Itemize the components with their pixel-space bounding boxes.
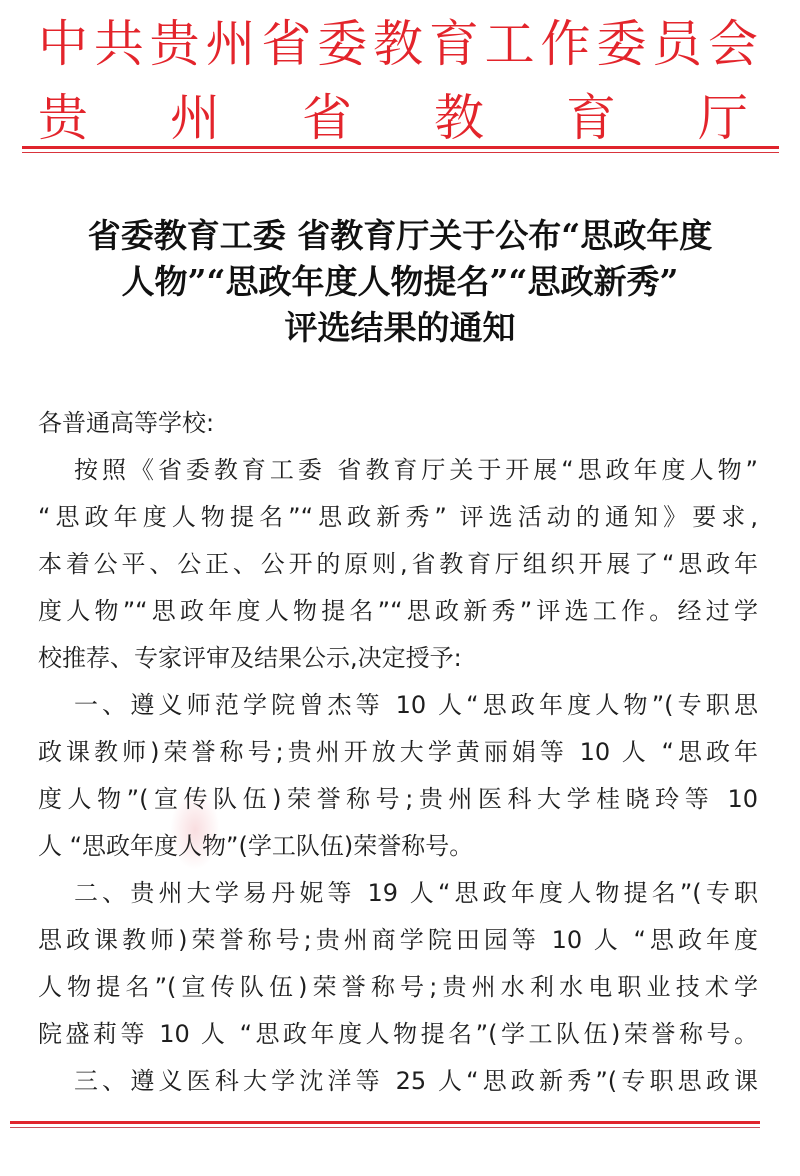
- footer-red-rule-thin: [10, 1127, 760, 1128]
- body-line: “思政年度人物提名”“思政新秀” 评选活动的通知》要求,: [38, 494, 758, 541]
- header-red-rule-thin: [22, 152, 779, 153]
- org-char: 厅: [698, 88, 748, 148]
- issuing-org-line-1: 中共贵州省委教育工作委员会: [38, 14, 758, 74]
- title-line: 评选结果的通知: [40, 305, 760, 351]
- org-char: 贵: [38, 88, 88, 148]
- body-line: 三、遵义医科大学沈洋等 25 人“思政新秀”(专职思政课: [38, 1058, 758, 1105]
- body-line: 院盛莉等 10 人 “思政年度人物提名”(学工队伍)荣誉称号。: [38, 1011, 758, 1058]
- body-line: 思政课教师)荣誉称号;贵州商学院田园等 10 人 “思政年度: [38, 917, 758, 964]
- title-line: 省委教育工委 省教育厅关于公布“思政年度: [40, 213, 760, 259]
- issuing-org-line-2: 贵 州 省 教 育 厅: [38, 88, 748, 148]
- body-line: 政课教师)荣誉称号;贵州开放大学黄丽娟等 10 人 “思政年: [38, 729, 758, 776]
- body-line: 校推荐、专家评审及结果公示,决定授予:: [38, 635, 758, 682]
- body-line: 人 “思政年度人物”(学工队伍)荣誉称号。: [38, 823, 758, 870]
- footer-red-rule-thick: [10, 1121, 760, 1124]
- org-char: 州: [170, 88, 220, 148]
- body-line: 按照《省委教育工委 省教育厅关于开展“思政年度人物”: [38, 447, 758, 494]
- org-char: 育: [566, 88, 616, 148]
- document-body: 各普通高等学校: 按照《省委教育工委 省教育厅关于开展“思政年度人物” “思政年…: [38, 400, 758, 1105]
- body-line: 二、贵州大学易丹妮等 19 人“思政年度人物提名”(专职: [38, 870, 758, 917]
- salutation: 各普通高等学校:: [38, 400, 758, 447]
- header-red-rule-thick: [22, 146, 779, 149]
- org-char: 省: [302, 88, 352, 148]
- body-line: 本着公平、公正、公开的原则,省教育厅组织开展了“思政年: [38, 541, 758, 588]
- body-line: 度人物”(宣传队伍)荣誉称号;贵州医科大学桂晓玲等 10: [38, 776, 758, 823]
- body-line: 一、遵义师范学院曾杰等 10 人“思政年度人物”(专职思: [38, 682, 758, 729]
- document-title: 省委教育工委 省教育厅关于公布“思政年度 人物”“思政年度人物提名”“思政新秀”…: [40, 213, 760, 351]
- body-line: 人物提名”(宣传队伍)荣誉称号;贵州水利水电职业技术学: [38, 964, 758, 1011]
- org-char: 教: [434, 88, 484, 148]
- body-line: 度人物”“思政年度人物提名”“思政新秀”评选工作。经过学: [38, 588, 758, 635]
- title-line: 人物”“思政年度人物提名”“思政新秀”: [40, 259, 760, 305]
